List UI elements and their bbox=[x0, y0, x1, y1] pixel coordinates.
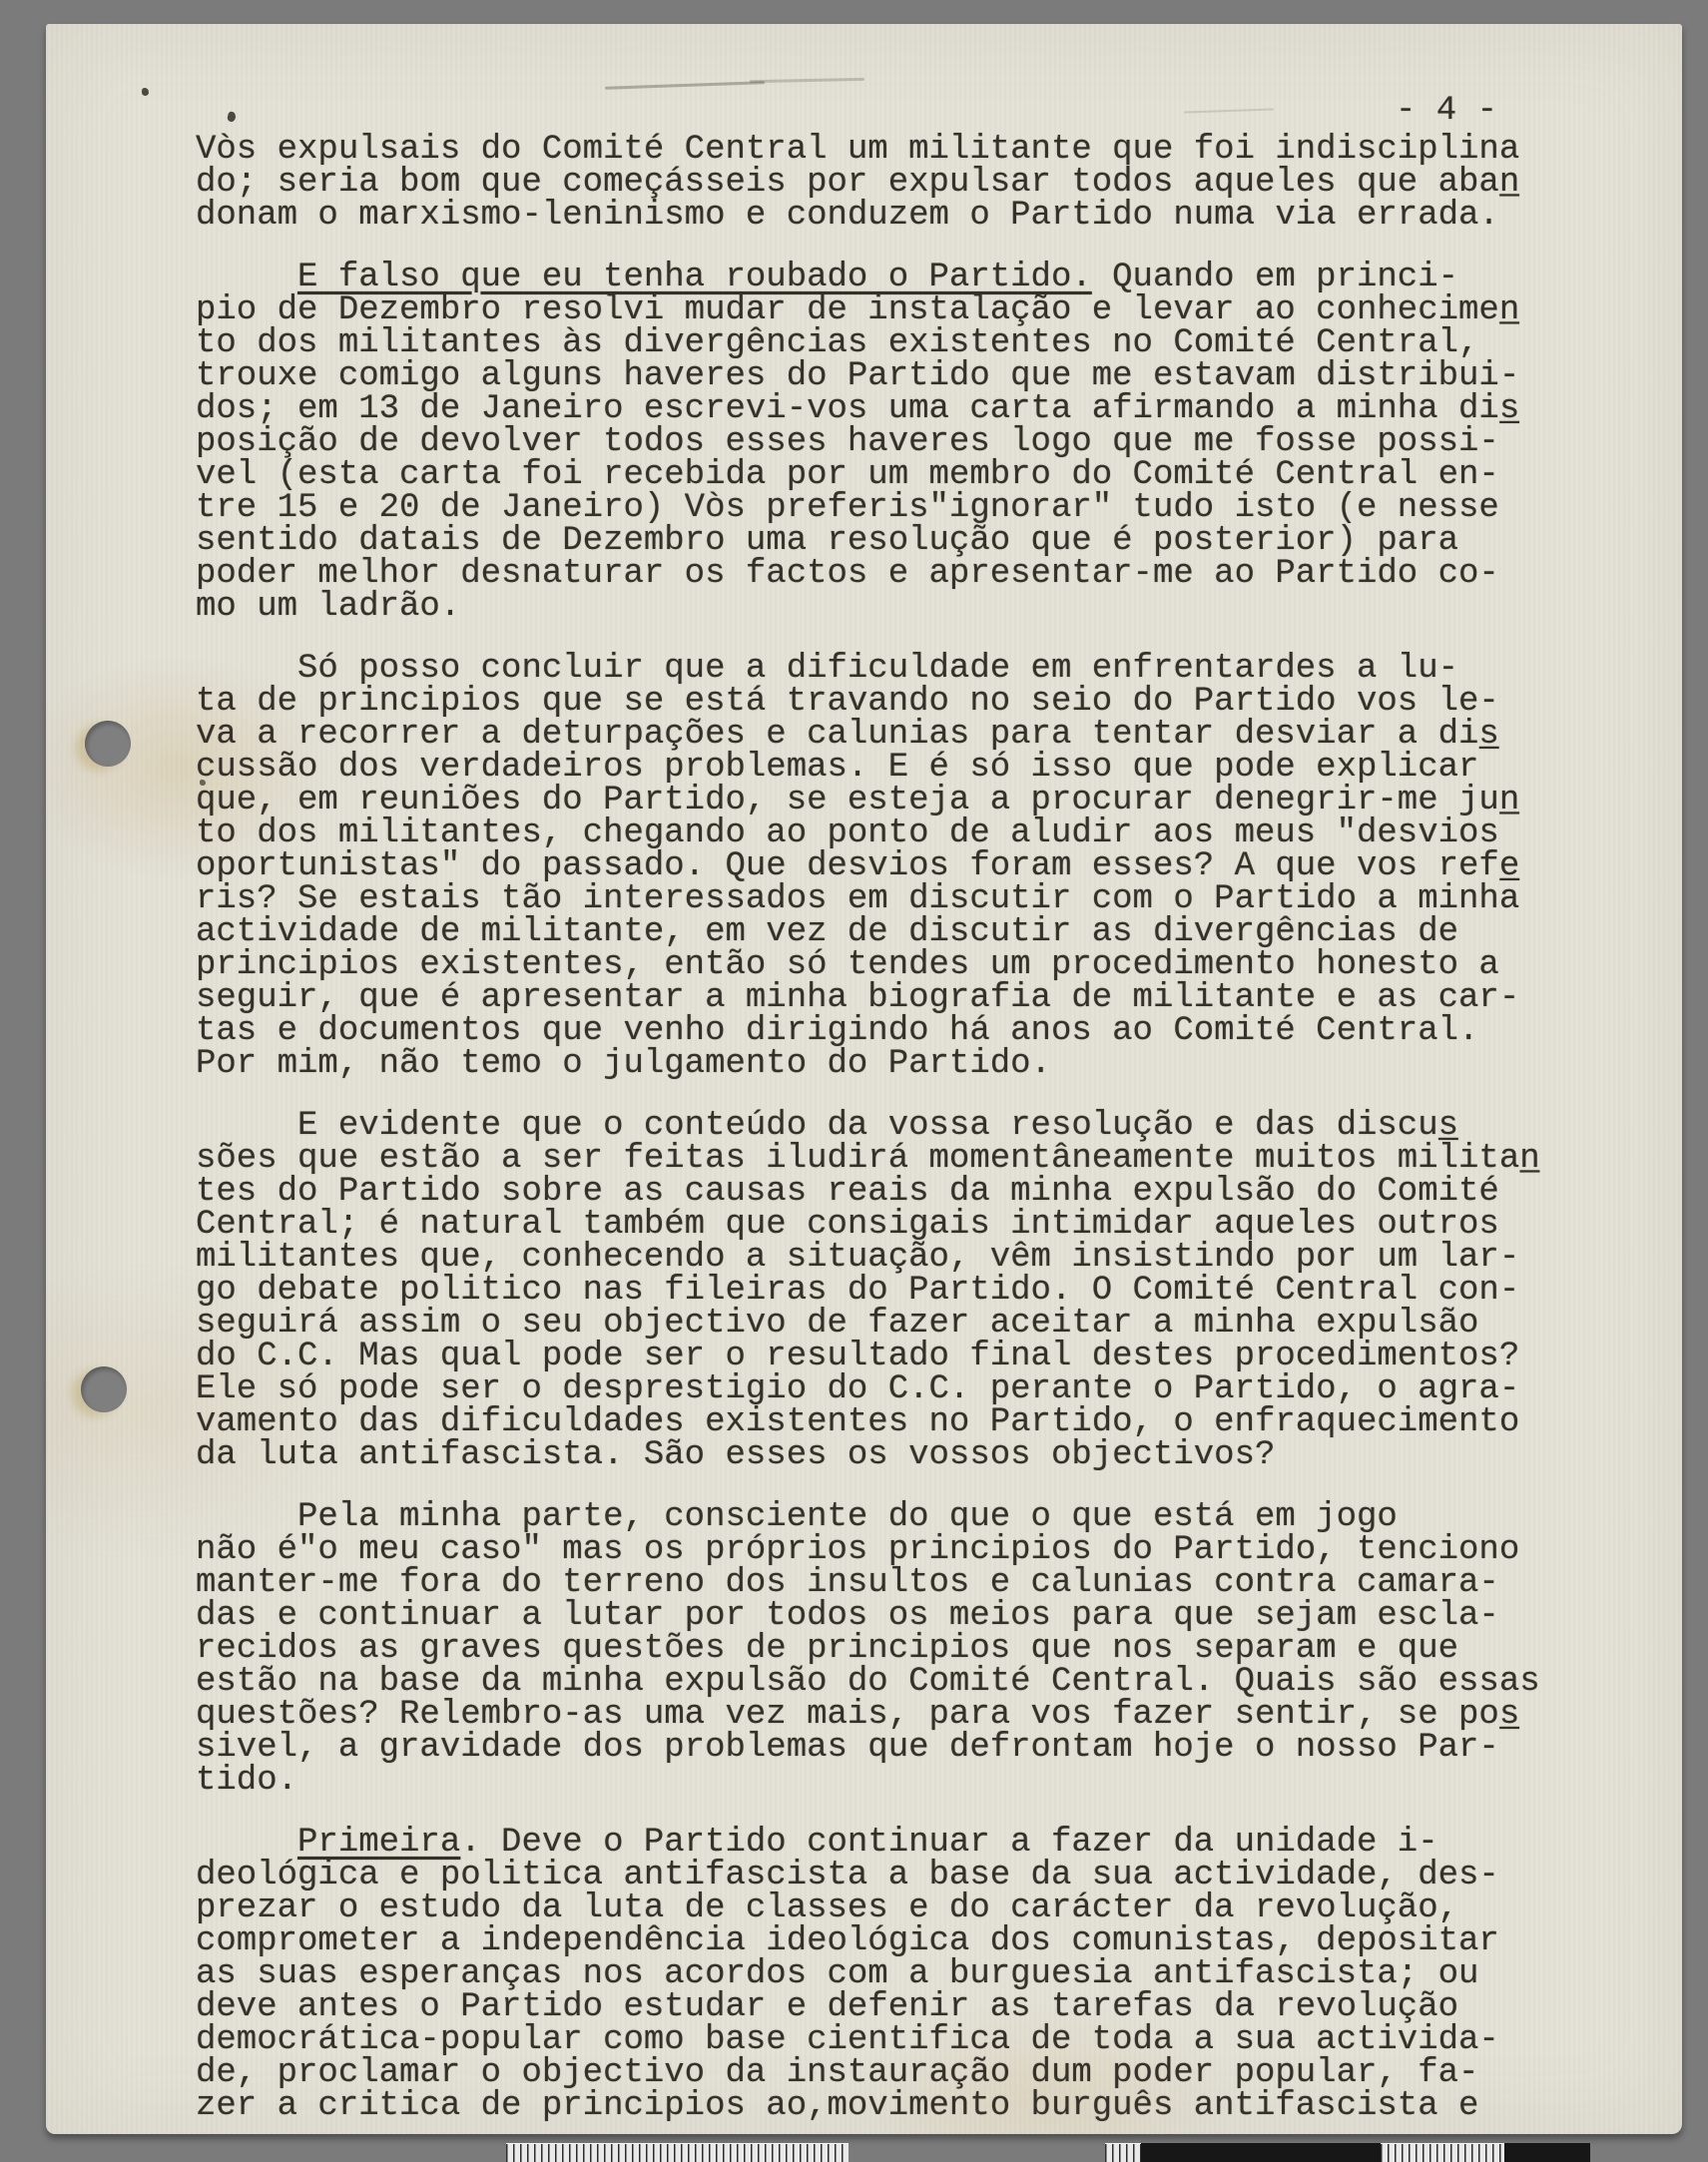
text-line: Ele só pode ser o desprestigio do C.C. p… bbox=[196, 1373, 1585, 1406]
text-line: deológica e politica antifascista a base… bbox=[196, 1860, 1585, 1892]
scanned-document-page: { "page": { "number_label": "- 4 -" }, "… bbox=[0, 0, 1708, 2162]
photographic-scale-bar bbox=[0, 2143, 1708, 2162]
text-line: as suas esperanças nos acordos com a bur… bbox=[196, 1958, 1585, 1991]
paragraph: Vòs expulsais do Comité Central um milit… bbox=[196, 134, 1585, 233]
text-line: to dos militantes, chegando ao ponto de … bbox=[196, 817, 1585, 850]
ink-speck bbox=[142, 88, 149, 96]
text-line: Pela minha parte, consciente do que o qu… bbox=[196, 1501, 1585, 1534]
text-line: go debate politico nas fileiras do Parti… bbox=[196, 1275, 1585, 1308]
text-line: recidos as graves questões de principios… bbox=[196, 1633, 1585, 1666]
text-line: to dos militantes às divergências existe… bbox=[196, 327, 1585, 360]
pencil-mark bbox=[750, 78, 864, 83]
ink-speck bbox=[227, 111, 237, 123]
text-line: democrática-popular como base cientifica… bbox=[196, 2024, 1585, 2057]
text-line: Vòs expulsais do Comité Central um milit… bbox=[196, 134, 1585, 167]
ruler-segment bbox=[506, 2143, 849, 2162]
text-line: tas e documentos que venho dirigindo há … bbox=[196, 1015, 1585, 1048]
ruler-segment bbox=[1105, 2143, 1141, 2162]
text-line: de, proclamar o objectivo da instauração… bbox=[196, 2057, 1585, 2090]
text-line: donam o marxismo-leninismo e conduzem o … bbox=[196, 200, 1585, 233]
paragraph: Só posso concluir que a dificuldade em e… bbox=[196, 653, 1585, 1081]
text-line: militantes que, conhecendo a situação, v… bbox=[196, 1242, 1585, 1275]
text-line: seguirá assim o seu objectivo de fazer a… bbox=[196, 1308, 1585, 1341]
text-line: do; seria bom que começásseis por expuls… bbox=[196, 167, 1585, 200]
typewritten-text-block: Vòs expulsais do Comité Central um milit… bbox=[196, 134, 1585, 2152]
text-line: cussão dos verdadeiros problemas. E é só… bbox=[196, 752, 1585, 785]
text-line: Por mim, não temo o julgamento do Partid… bbox=[196, 1048, 1585, 1081]
text-line: ta de principios que se está travando no… bbox=[196, 686, 1585, 719]
text-line: vel (esta carta foi recebida por um memb… bbox=[196, 459, 1585, 492]
text-line: sões que estão a ser feitas iludirá mome… bbox=[196, 1143, 1585, 1176]
text-line: Só posso concluir que a dificuldade em e… bbox=[196, 653, 1585, 686]
text-line: prezar o estudo da luta de classes e do … bbox=[196, 1892, 1585, 1925]
punch-hole bbox=[85, 721, 131, 767]
text-line: Central; é natural também que consigais … bbox=[196, 1209, 1585, 1242]
text-line: E evidente que o conteúdo da vossa resol… bbox=[196, 1110, 1585, 1143]
text-line: dos; em 13 de Janeiro escrevi-vos uma ca… bbox=[196, 393, 1585, 426]
text-line: sentido datais de Dezembro uma resolução… bbox=[196, 525, 1585, 558]
pencil-mark bbox=[605, 81, 765, 90]
text-line: vamento das dificuldades existentes no P… bbox=[196, 1406, 1585, 1439]
black-segment bbox=[1504, 2143, 1590, 2162]
text-line: pio de Dezembro resolvi mudar de instala… bbox=[196, 294, 1585, 327]
text-line: deve antes o Partido estudar e defenir a… bbox=[196, 1991, 1585, 2024]
text-line: zer a critica de principios ao,movimento… bbox=[196, 2090, 1585, 2123]
text-line: das e continuar a lutar por todos os mei… bbox=[196, 1600, 1585, 1633]
text-line: Primeira. Deve o Partido continuar a faz… bbox=[196, 1827, 1585, 1860]
text-line: manter-me fora do terreno dos insultos e… bbox=[196, 1567, 1585, 1600]
punch-hole bbox=[81, 1366, 127, 1412]
text-line: va a recorrer a deturpações e calunias p… bbox=[196, 719, 1585, 752]
text-line: tido. bbox=[196, 1765, 1585, 1798]
text-line: estão na base da minha expulsão do Comit… bbox=[196, 1666, 1585, 1699]
text-line: actividade de militante, em vez de discu… bbox=[196, 916, 1585, 949]
text-line: seguir, que é apresentar a minha biograf… bbox=[196, 982, 1585, 1015]
text-line: posição de devolver todos esses haveres … bbox=[196, 426, 1585, 459]
paragraph: Primeira. Deve o Partido continuar a faz… bbox=[196, 1827, 1585, 2123]
text-line: da luta antifascista. São esses os vosso… bbox=[196, 1439, 1585, 1472]
text-line: sivel, a gravidade dos problemas que def… bbox=[196, 1732, 1585, 1765]
text-line: mo um ladrão. bbox=[196, 591, 1585, 624]
ruler-segment bbox=[1381, 2143, 1504, 2162]
black-segment bbox=[1141, 2143, 1381, 2162]
pencil-mark bbox=[1184, 108, 1274, 113]
text-line: oportunistas" do passado. Que desvios fo… bbox=[196, 850, 1585, 883]
text-line: poder melhor desnaturar os factos e apre… bbox=[196, 558, 1585, 591]
text-line: ris? Se estais tão interessados em discu… bbox=[196, 883, 1585, 916]
paragraph: E falso que eu tenha roubado o Partido. … bbox=[196, 262, 1585, 624]
text-line: do C.C. Mas qual pode ser o resultado fi… bbox=[196, 1341, 1585, 1373]
text-line: E falso que eu tenha roubado o Partido. … bbox=[196, 262, 1585, 294]
paragraph: Pela minha parte, consciente do que o qu… bbox=[196, 1501, 1585, 1798]
text-line: tre 15 e 20 de Janeiro) Vòs preferis"ign… bbox=[196, 492, 1585, 525]
text-line: trouxe comigo alguns haveres do Partido … bbox=[196, 360, 1585, 393]
text-line: que, em reuniões do Partido, se esteja a… bbox=[196, 785, 1585, 817]
text-line: questões? Relembro-as uma vez mais, para… bbox=[196, 1699, 1585, 1732]
paragraph: E evidente que o conteúdo da vossa resol… bbox=[196, 1110, 1585, 1472]
page-number: - 4 - bbox=[1396, 92, 1497, 130]
text-line: comprometer a independência ideológica d… bbox=[196, 1925, 1585, 1958]
text-line: tes do Partido sobre as causas reais da … bbox=[196, 1176, 1585, 1209]
text-line: principios existentes, então só tendes u… bbox=[196, 949, 1585, 982]
text-line: não é"o meu caso" mas os próprios princi… bbox=[196, 1534, 1585, 1567]
